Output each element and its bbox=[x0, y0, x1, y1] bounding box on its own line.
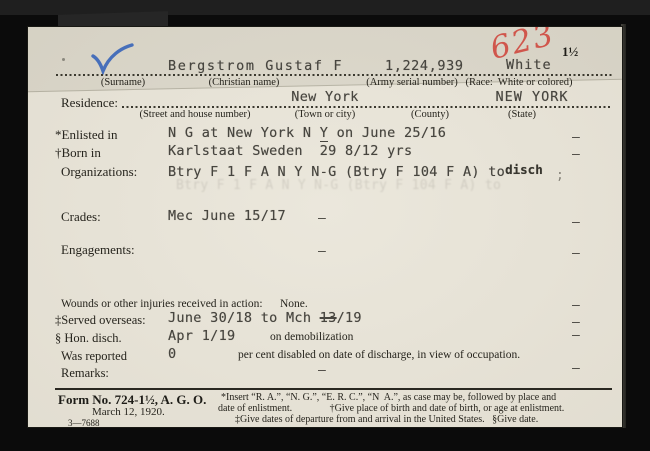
serial-number-value: 1,224,939 bbox=[385, 58, 464, 74]
remarks-label: Remarks: bbox=[61, 366, 109, 381]
remarks-right-dash: — bbox=[572, 361, 580, 376]
footnote-line-2: date of enlistment. †Give place of birth… bbox=[218, 403, 564, 414]
street-label: (Street and house number) bbox=[139, 109, 250, 120]
was-reported-value: 0 bbox=[168, 346, 176, 362]
header-rule bbox=[56, 74, 612, 76]
organizations-stamp: disch bbox=[505, 162, 543, 177]
enlisted-right-dash: — bbox=[572, 130, 580, 145]
served-overseas-label: ‡Served overseas: bbox=[55, 313, 146, 328]
born-right-dash: — bbox=[572, 147, 580, 162]
race-column-label: (Race: White or colored) bbox=[465, 77, 572, 88]
born-value: Karlstaat Sweden 29 8/12 yrs bbox=[168, 143, 412, 159]
residence-rule bbox=[122, 106, 612, 108]
wounds-right-dash: — bbox=[572, 298, 580, 313]
engagements-mid-dash: — bbox=[318, 244, 326, 259]
scanned-service-record: { "document": { "header": { "check_icon"… bbox=[0, 0, 650, 451]
town-label: (Town or city) bbox=[295, 109, 356, 120]
enlisted-value-underlined: Y bbox=[320, 125, 328, 142]
residence-label: Residence: bbox=[61, 95, 118, 111]
served-overseas-value: June 30/18 to Mch 13/19 bbox=[168, 310, 362, 326]
served-value-struck: 13 bbox=[320, 310, 337, 326]
remarks-mid-dash: — bbox=[318, 363, 326, 378]
served-value-pre: June 30/18 to Mch bbox=[168, 310, 320, 326]
hon-disch-label: § Hon. disch. bbox=[55, 331, 122, 346]
ink-speck bbox=[62, 58, 65, 61]
footnote-line-3: ‡Give dates of departure from and arriva… bbox=[235, 414, 538, 425]
enlisted-value-pre: N G at New York N bbox=[168, 125, 320, 141]
print-code: 3—7688 bbox=[68, 418, 100, 427]
hon-disch-note: on demobilization bbox=[270, 331, 353, 343]
grades-value: Mec June 15/17 bbox=[168, 208, 286, 224]
grades-label: Crades: bbox=[61, 209, 101, 225]
residence-town-value: New York bbox=[291, 89, 358, 105]
county-label: (County) bbox=[411, 109, 449, 120]
ghost-echo-text: Btry F 1 F A N Y N-G (Btry F 104 F A) to bbox=[176, 178, 501, 193]
footnote-line-1: *Insert “R. A.”, “N. G.”, “E. R. C.”, “N… bbox=[221, 392, 556, 403]
born-label: †Born in bbox=[55, 145, 101, 161]
surname-label: (Surname) bbox=[101, 77, 145, 88]
wounds-label: Wounds or other injuries received in act… bbox=[61, 298, 263, 310]
was-reported-label: Was reported bbox=[61, 349, 127, 364]
christian-name-label: (Christian name) bbox=[209, 77, 280, 88]
enlisted-label: *Enlisted in bbox=[55, 127, 117, 143]
army-serial-number-label: (Army serial number) bbox=[366, 77, 458, 88]
form-date: March 12, 1920. bbox=[92, 406, 165, 418]
was-reported-note: per cent disabled on date of discharge, … bbox=[238, 349, 520, 361]
ghost-semicolon: ; bbox=[556, 168, 564, 183]
engagements-right-dash: — bbox=[572, 246, 580, 261]
grades-right-dash: — bbox=[572, 215, 580, 230]
service-record-card: Bergstrom Gustaf F 1,224,939 623 1½ Whit… bbox=[28, 27, 622, 427]
hon-disch-value: Apr 1/19 bbox=[168, 328, 235, 344]
footer-rule bbox=[55, 388, 612, 390]
hon-disch-right-dash: — bbox=[572, 328, 580, 343]
race-value: White bbox=[506, 57, 552, 73]
name-value: Bergstrom Gustaf F bbox=[168, 58, 343, 74]
grades-mid-dash: — bbox=[318, 211, 326, 226]
enlisted-value: N G at New York N Y on June 25/16 bbox=[168, 125, 446, 141]
served-value-post: /19 bbox=[337, 310, 362, 326]
form-corner-mark: 1½ bbox=[562, 44, 578, 60]
organizations-label: Organizations: bbox=[61, 164, 137, 180]
residence-state-value: NEW YORK bbox=[495, 89, 568, 105]
wounds-value: None. bbox=[280, 298, 308, 310]
engagements-label: Engagements: bbox=[61, 242, 135, 258]
enlisted-value-post: on June 25/16 bbox=[328, 125, 446, 141]
state-label: (State) bbox=[508, 109, 536, 120]
